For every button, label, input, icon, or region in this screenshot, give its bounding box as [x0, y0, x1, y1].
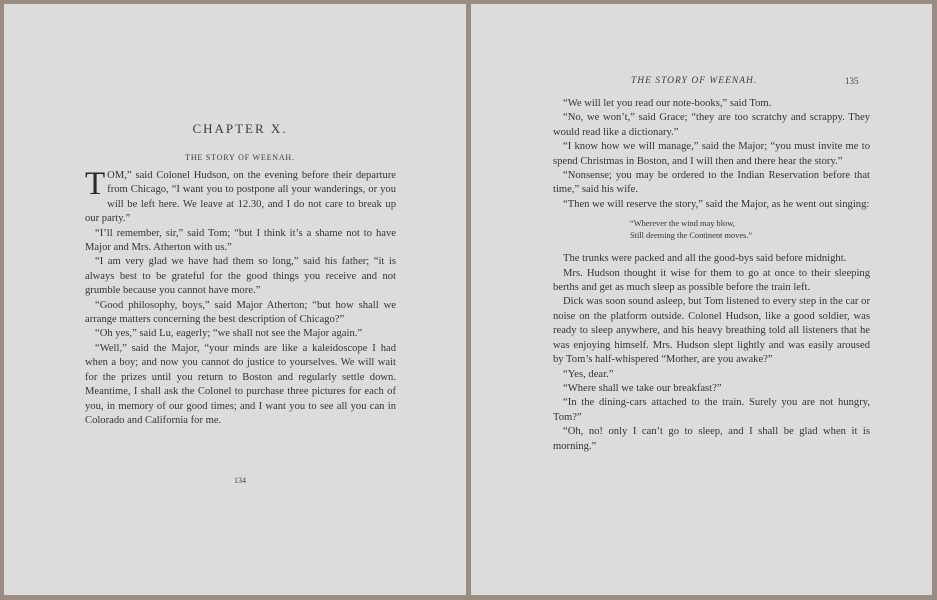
- page-number: 134: [4, 476, 466, 485]
- paragraph: “Nonsense; you may be ordered to the Ind…: [553, 169, 870, 198]
- right-page-body: “We will let you read our note-books,” s…: [553, 97, 870, 454]
- left-page: CHAPTER X. THE STORY OF WEENAH. TOM,” sa…: [4, 4, 466, 595]
- paragraph: “Oh, no! only I can’t go to sleep, and I…: [553, 425, 870, 454]
- paragraph: “I am very glad we have had them so long…: [85, 255, 396, 298]
- paragraph: “Yes, dear.”: [553, 368, 870, 382]
- drop-cap: T: [85, 171, 105, 198]
- paragraph: Mrs. Hudson thought it wise for them to …: [553, 267, 870, 296]
- chapter-subtitle: THE STORY OF WEENAH.: [4, 153, 466, 162]
- left-page-body: TOM,” said Colonel Hudson, on the evenin…: [85, 169, 396, 428]
- paragraph: “We will let you read our note-books,” s…: [553, 97, 870, 111]
- paragraph: “Good philosophy, boys,” said Major Athe…: [85, 299, 396, 328]
- paragraph: “In the dining-cars attached to the trai…: [553, 396, 870, 425]
- verse-quote: “Wherever the wind may blow, Still deemi…: [553, 218, 870, 242]
- paragraph: The trunks were packed and all the good-…: [553, 252, 870, 266]
- paragraph: “I know how we will manage,” said the Ma…: [553, 140, 870, 169]
- paragraph: “Then we will reserve the story,” said t…: [553, 198, 870, 212]
- paragraph-text: OM,” said Colonel Hudson, on the evening…: [85, 170, 396, 224]
- verse-line: “Wherever the wind may blow,: [630, 218, 870, 230]
- paragraph: TOM,” said Colonel Hudson, on the evenin…: [85, 169, 396, 227]
- paragraph: “Well,” said the Major, “your minds are …: [85, 342, 396, 428]
- running-head: THE STORY OF WEENAH.: [631, 76, 757, 86]
- chapter-title: CHAPTER X.: [4, 121, 466, 137]
- right-page: THE STORY OF WEENAH. 135 “We will let yo…: [471, 4, 932, 595]
- paragraph: “Oh yes,” said Lu, eagerly; “we shall no…: [85, 327, 396, 341]
- paragraph: “I’ll remember, sir,” said Tom; “but I t…: [85, 227, 396, 256]
- page-number: 135: [845, 76, 859, 86]
- paragraph: “No, we won’t,” said Grace; “they are to…: [553, 111, 870, 140]
- paragraph: “Where shall we take our breakfast?”: [553, 382, 870, 396]
- paragraph: Dick was soon sound asleep, but Tom list…: [553, 295, 870, 367]
- verse-line: Still deeming the Continent moves.”: [630, 230, 870, 242]
